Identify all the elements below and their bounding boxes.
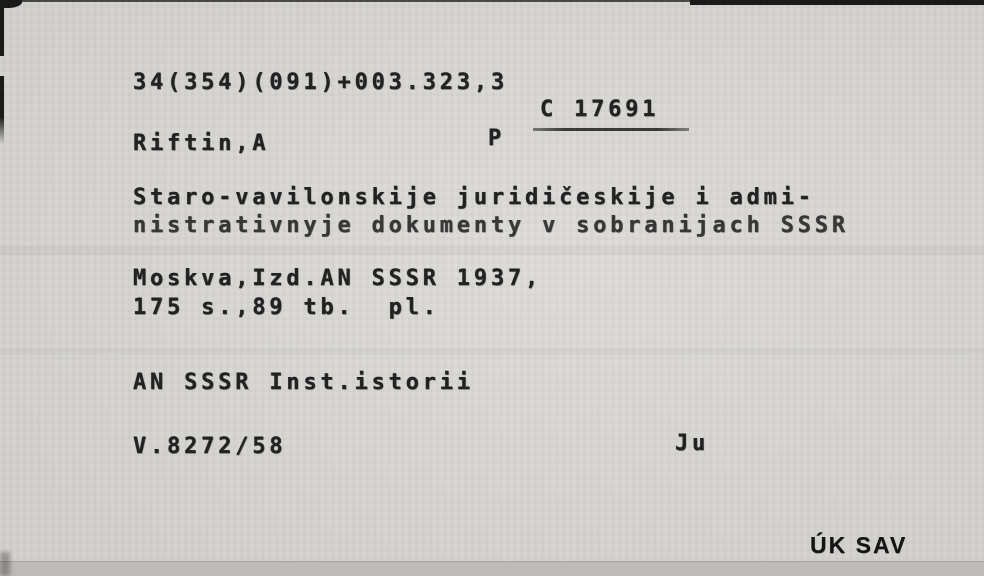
paper-shadow-band [0, 348, 984, 355]
classification-number: 34(354)(091)+003.323,3 [133, 71, 508, 95]
title-line-1: Staro-vavilonskije juridičeskije i admi- [133, 186, 815, 210]
cataloguer-initials: Ju [675, 432, 709, 456]
scan-edge-top-right [690, 0, 984, 5]
library-stamp: ÚK SAV [810, 532, 907, 559]
author-name: Riftin,A [133, 132, 269, 156]
shelfmark: C 17691 [540, 98, 659, 122]
catalog-card-scan: 34(354)(091)+003.323,3 C 17691 P Riftin,… [0, 0, 984, 576]
collation: 175 s.,89 tb. pl. [133, 296, 440, 320]
scan-edge-bottom [0, 561, 984, 576]
shelfmark-underline [533, 128, 689, 131]
title-line-2: nistrativnyje dokumenty v sobranijach SS… [133, 214, 849, 238]
imprint: Moskva,Izd.AN SSSR 1937, [133, 267, 542, 291]
scan-edge-left-lower [0, 76, 4, 144]
paper-crease-band [0, 246, 984, 255]
scan-smudge-bottom-left [0, 552, 10, 576]
corporate-author: AN SSSR Inst.istorii [133, 371, 474, 395]
shelfmark-prefix: P [488, 127, 505, 151]
accession-number: V.8272/58 [133, 435, 286, 459]
scan-edge-left-upper [0, 0, 4, 56]
